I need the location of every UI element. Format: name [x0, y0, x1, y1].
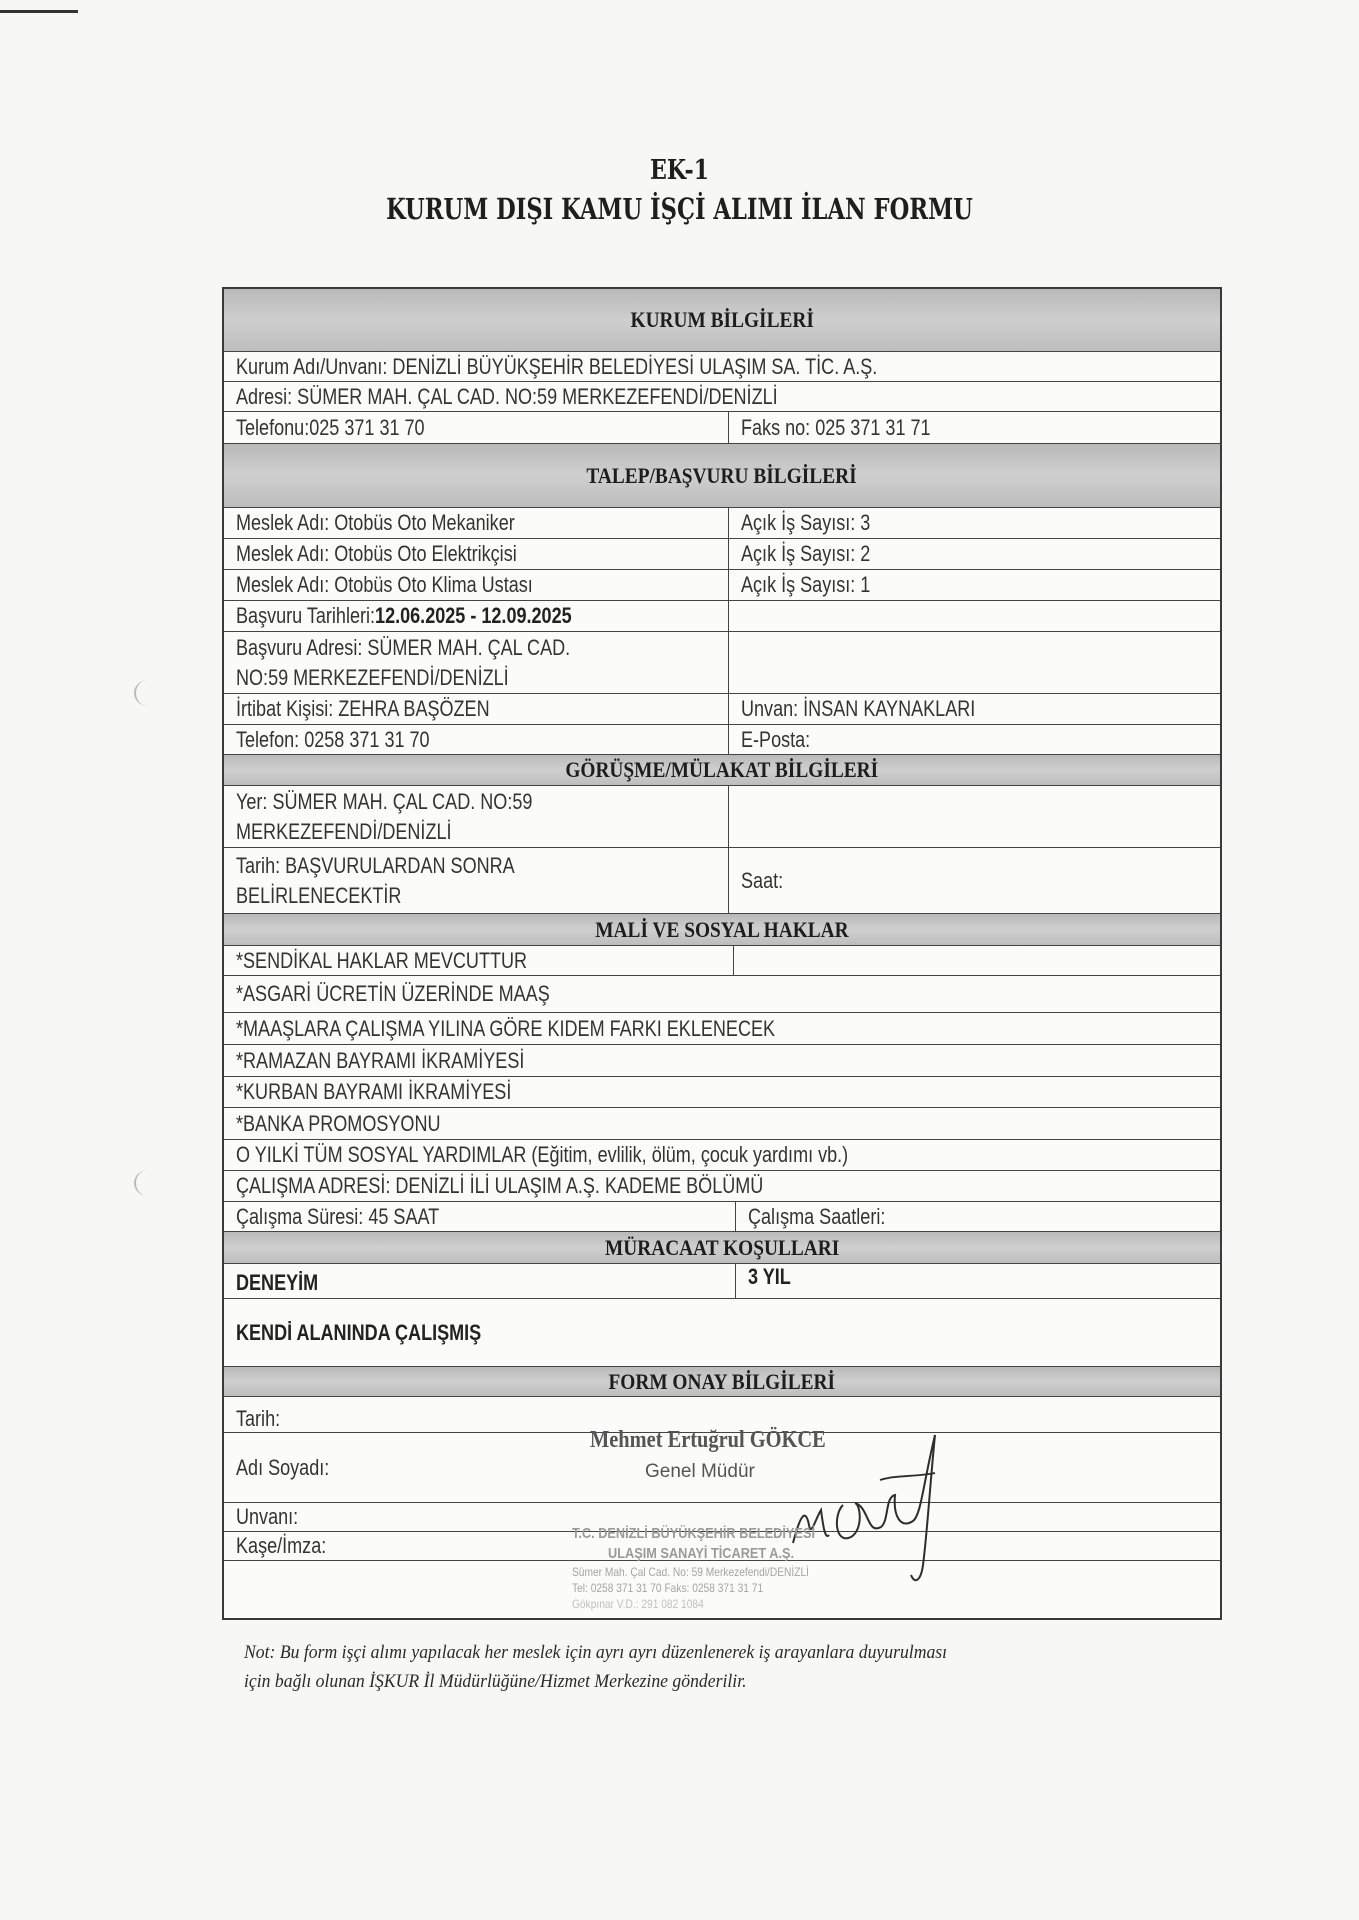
row-calisma-suresi: Çalışma Süresi: 45 SAAT Çalışma Saatleri…	[224, 1201, 1220, 1231]
footnote-line1: Not: Bu form işçi alımı yapılacak her me…	[244, 1638, 947, 1667]
document-header: EK-1 KURUM DIŞI KAMU İŞÇİ ALIMI İLAN FOR…	[0, 155, 1359, 226]
section-title: MALİ VE SOSYAL HAKLAR	[595, 917, 848, 943]
unvan-text: Unvan: İNSAN KAYNAKLARI	[741, 696, 975, 722]
hak-text: *ASGARİ ÜCRETİN ÜZERİNDE MAAŞ	[236, 981, 550, 1007]
footnote: Not: Bu form işçi alımı yapılacak her me…	[244, 1638, 1254, 1696]
telefon-text: Telefonu:025 371 31 70	[236, 415, 425, 441]
basvuru-tarihleri-text: Başvuru Tarihleri: 12.06.2025 - 12.09.20…	[236, 603, 572, 629]
row-hak: *RAMAZAN BAYRAMI İKRAMİYESİ	[224, 1044, 1220, 1076]
annex-label: EK-1	[122, 155, 1236, 186]
page-title: KURUM DIŞI KAMU İŞÇİ ALIMI İLAN FORMU	[149, 192, 1209, 226]
punch-hole-mark	[134, 680, 162, 706]
punch-hole-mark	[134, 1170, 162, 1196]
row-hak: *SENDİKAL HAKLAR MEVCUTTUR	[224, 945, 1220, 975]
row-adres: Adresi: SÜMER MAH. ÇAL CAD. NO:59 MERKEZ…	[224, 381, 1220, 411]
basvuru-tarihleri-value: 12.06.2025 - 12.09.2025	[375, 603, 572, 628]
meslek-text: Meslek Adı: Otobüs Oto Klima Ustası	[236, 572, 533, 598]
section-header-muracaat: MÜRACAAT KOŞULLARI	[224, 1231, 1220, 1263]
row-meslek: Meslek Adı: Otobüs Oto Elektrikçisi Açık…	[224, 538, 1220, 569]
row-onay-empty	[224, 1560, 1220, 1618]
row-basvuru-adresi: Başvuru Adresi: SÜMER MAH. ÇAL CAD. NO:5…	[224, 631, 1220, 693]
onay-kase-imza-label: Kaşe/İmza:	[236, 1533, 326, 1559]
section-header-mali: MALİ VE SOSYAL HAKLAR	[224, 913, 1220, 945]
hak-text: O YILKİ TÜM SOSYAL YARDIMLAR (Eğitim, ev…	[236, 1142, 848, 1168]
section-header-kurum: KURUM BİLGİLERİ	[224, 289, 1220, 351]
meslek-text: Meslek Adı: Otobüs Oto Mekaniker	[236, 510, 515, 536]
eposta-text: E-Posta:	[741, 727, 810, 753]
row-hak: *BANKA PROMOSYONU	[224, 1107, 1220, 1139]
section-header-talep: TALEP/BAŞVURU BİLGİLERİ	[224, 443, 1220, 507]
row-deneyim: DENEYİM 3 YIL	[224, 1263, 1220, 1298]
deneyim-label: DENEYİM	[236, 1270, 318, 1296]
gorusme-yer-line1: Yer: SÜMER MAH. ÇAL CAD. NO:59	[236, 787, 532, 817]
row-kosul: KENDİ ALANINDA ÇALIŞMIŞ	[224, 1298, 1220, 1366]
calisma-adresi-text: ÇALIŞMA ADRESİ: DENİZLİ İLİ ULAŞIM A.Ş. …	[236, 1173, 763, 1199]
section-title: FORM ONAY BİLGİLERİ	[609, 1369, 836, 1395]
faks-text: Faks no: 025 371 31 71	[741, 415, 931, 441]
row-meslek: Meslek Adı: Otobüs Oto Mekaniker Açık İş…	[224, 507, 1220, 538]
kosul-text: KENDİ ALANINDA ÇALIŞMIŞ	[236, 1320, 481, 1346]
scan-edge-mark	[0, 10, 78, 13]
kurum-adi-text: Kurum Adı/Unvanı: DENİZLİ BÜYÜKŞEHİR BEL…	[236, 354, 877, 380]
section-title: GÖRÜŞME/MÜLAKAT BİLGİLERİ	[566, 757, 879, 783]
section-title: KURUM BİLGİLERİ	[630, 307, 813, 333]
calisma-suresi-text: Çalışma Süresi: 45 SAAT	[236, 1204, 439, 1230]
basvuru-adresi-line1: Başvuru Adresi: SÜMER MAH. ÇAL CAD.	[236, 633, 570, 663]
row-kurum-adi: Kurum Adı/Unvanı: DENİZLİ BÜYÜKŞEHİR BEL…	[224, 351, 1220, 381]
adres-text: Adresi: SÜMER MAH. ÇAL CAD. NO:59 MERKEZ…	[236, 384, 778, 410]
hak-text: *SENDİKAL HAKLAR MEVCUTTUR	[236, 948, 527, 974]
onay-adi-soyadi-label: Adı Soyadı:	[236, 1455, 329, 1481]
row-onay-tarih: Tarih:	[224, 1396, 1220, 1432]
saat-text: Saat:	[741, 868, 783, 894]
row-irtibat: İrtibat Kişisi: ZEHRA BAŞÖZEN Unvan: İNS…	[224, 693, 1220, 724]
acik-is-text: Açık İş Sayısı: 1	[741, 572, 870, 598]
row-iletisim: Telefon: 0258 371 31 70 E-Posta:	[224, 724, 1220, 754]
onay-tarih-label: Tarih:	[236, 1406, 280, 1432]
section-title: MÜRACAAT KOŞULLARI	[605, 1235, 839, 1261]
basvuru-tarihleri-label: Başvuru Tarihleri:	[236, 603, 375, 629]
deneyim-value: 3 YIL	[748, 1264, 791, 1290]
section-title: TALEP/BAŞVURU BİLGİLERİ	[587, 463, 857, 489]
row-gorusme-yer: Yer: SÜMER MAH. ÇAL CAD. NO:59 MERKEZEFE…	[224, 785, 1220, 847]
hak-text: *MAAŞLARA ÇALIŞMA YILINA GÖRE KIDEM FARK…	[236, 1016, 775, 1042]
row-onay-kase-imza: Kaşe/İmza:	[224, 1531, 1220, 1560]
calisma-saatleri-text: Çalışma Saatleri:	[748, 1204, 885, 1230]
gorusme-yer-line2: MERKEZEFENDİ/DENİZLİ	[236, 817, 452, 847]
row-gorusme-tarih: Tarih: BAŞVURULARDAN SONRA BELİRLENECEKT…	[224, 847, 1220, 913]
gorusme-tarih-line1: Tarih: BAŞVURULARDAN SONRA	[236, 851, 515, 881]
hak-text: *KURBAN BAYRAMI İKRAMİYESİ	[236, 1079, 511, 1105]
acik-is-text: Açık İş Sayısı: 2	[741, 541, 870, 567]
row-onay-adi-soyadi: Adı Soyadı:	[224, 1432, 1220, 1502]
row-meslek: Meslek Adı: Otobüs Oto Klima Ustası Açık…	[224, 569, 1220, 600]
section-header-onay: FORM ONAY BİLGİLERİ	[224, 1366, 1220, 1396]
hak-text: *RAMAZAN BAYRAMI İKRAMİYESİ	[236, 1048, 524, 1074]
row-hak: *ASGARİ ÜCRETİN ÜZERİNDE MAAŞ	[224, 975, 1220, 1012]
row-basvuru-tarihleri: Başvuru Tarihleri: 12.06.2025 - 12.09.20…	[224, 600, 1220, 631]
row-hak: *MAAŞLARA ÇALIŞMA YILINA GÖRE KIDEM FARK…	[224, 1012, 1220, 1044]
footnote-line2: için bağlı olunan İŞKUR İl Müdürlüğüne/H…	[244, 1667, 747, 1696]
row-hak: O YILKİ TÜM SOSYAL YARDIMLAR (Eğitim, ev…	[224, 1139, 1220, 1170]
acik-is-text: Açık İş Sayısı: 3	[741, 510, 870, 536]
job-posting-form: KURUM BİLGİLERİ Kurum Adı/Unvanı: DENİZL…	[222, 287, 1222, 1620]
gorusme-tarih-line2: BELİRLENECEKTİR	[236, 881, 401, 911]
hak-text: *BANKA PROMOSYONU	[236, 1111, 441, 1137]
irtibat-kisisi-text: İrtibat Kişisi: ZEHRA BAŞÖZEN	[236, 696, 490, 722]
row-telefon-faks: Telefonu:025 371 31 70 Faks no: 025 371 …	[224, 411, 1220, 443]
onay-unvani-label: Unvanı:	[236, 1504, 298, 1530]
basvuru-adresi-line2: NO:59 MERKEZEFENDİ/DENİZLİ	[236, 663, 509, 693]
row-hak: *KURBAN BAYRAMI İKRAMİYESİ	[224, 1076, 1220, 1107]
telefon-text: Telefon: 0258 371 31 70	[236, 727, 430, 753]
meslek-text: Meslek Adı: Otobüs Oto Elektrikçisi	[236, 541, 517, 567]
row-calisma-adresi: ÇALIŞMA ADRESİ: DENİZLİ İLİ ULAŞIM A.Ş. …	[224, 1170, 1220, 1201]
section-header-gorusme: GÖRÜŞME/MÜLAKAT BİLGİLERİ	[224, 754, 1220, 785]
row-onay-unvani: Unvanı:	[224, 1502, 1220, 1531]
